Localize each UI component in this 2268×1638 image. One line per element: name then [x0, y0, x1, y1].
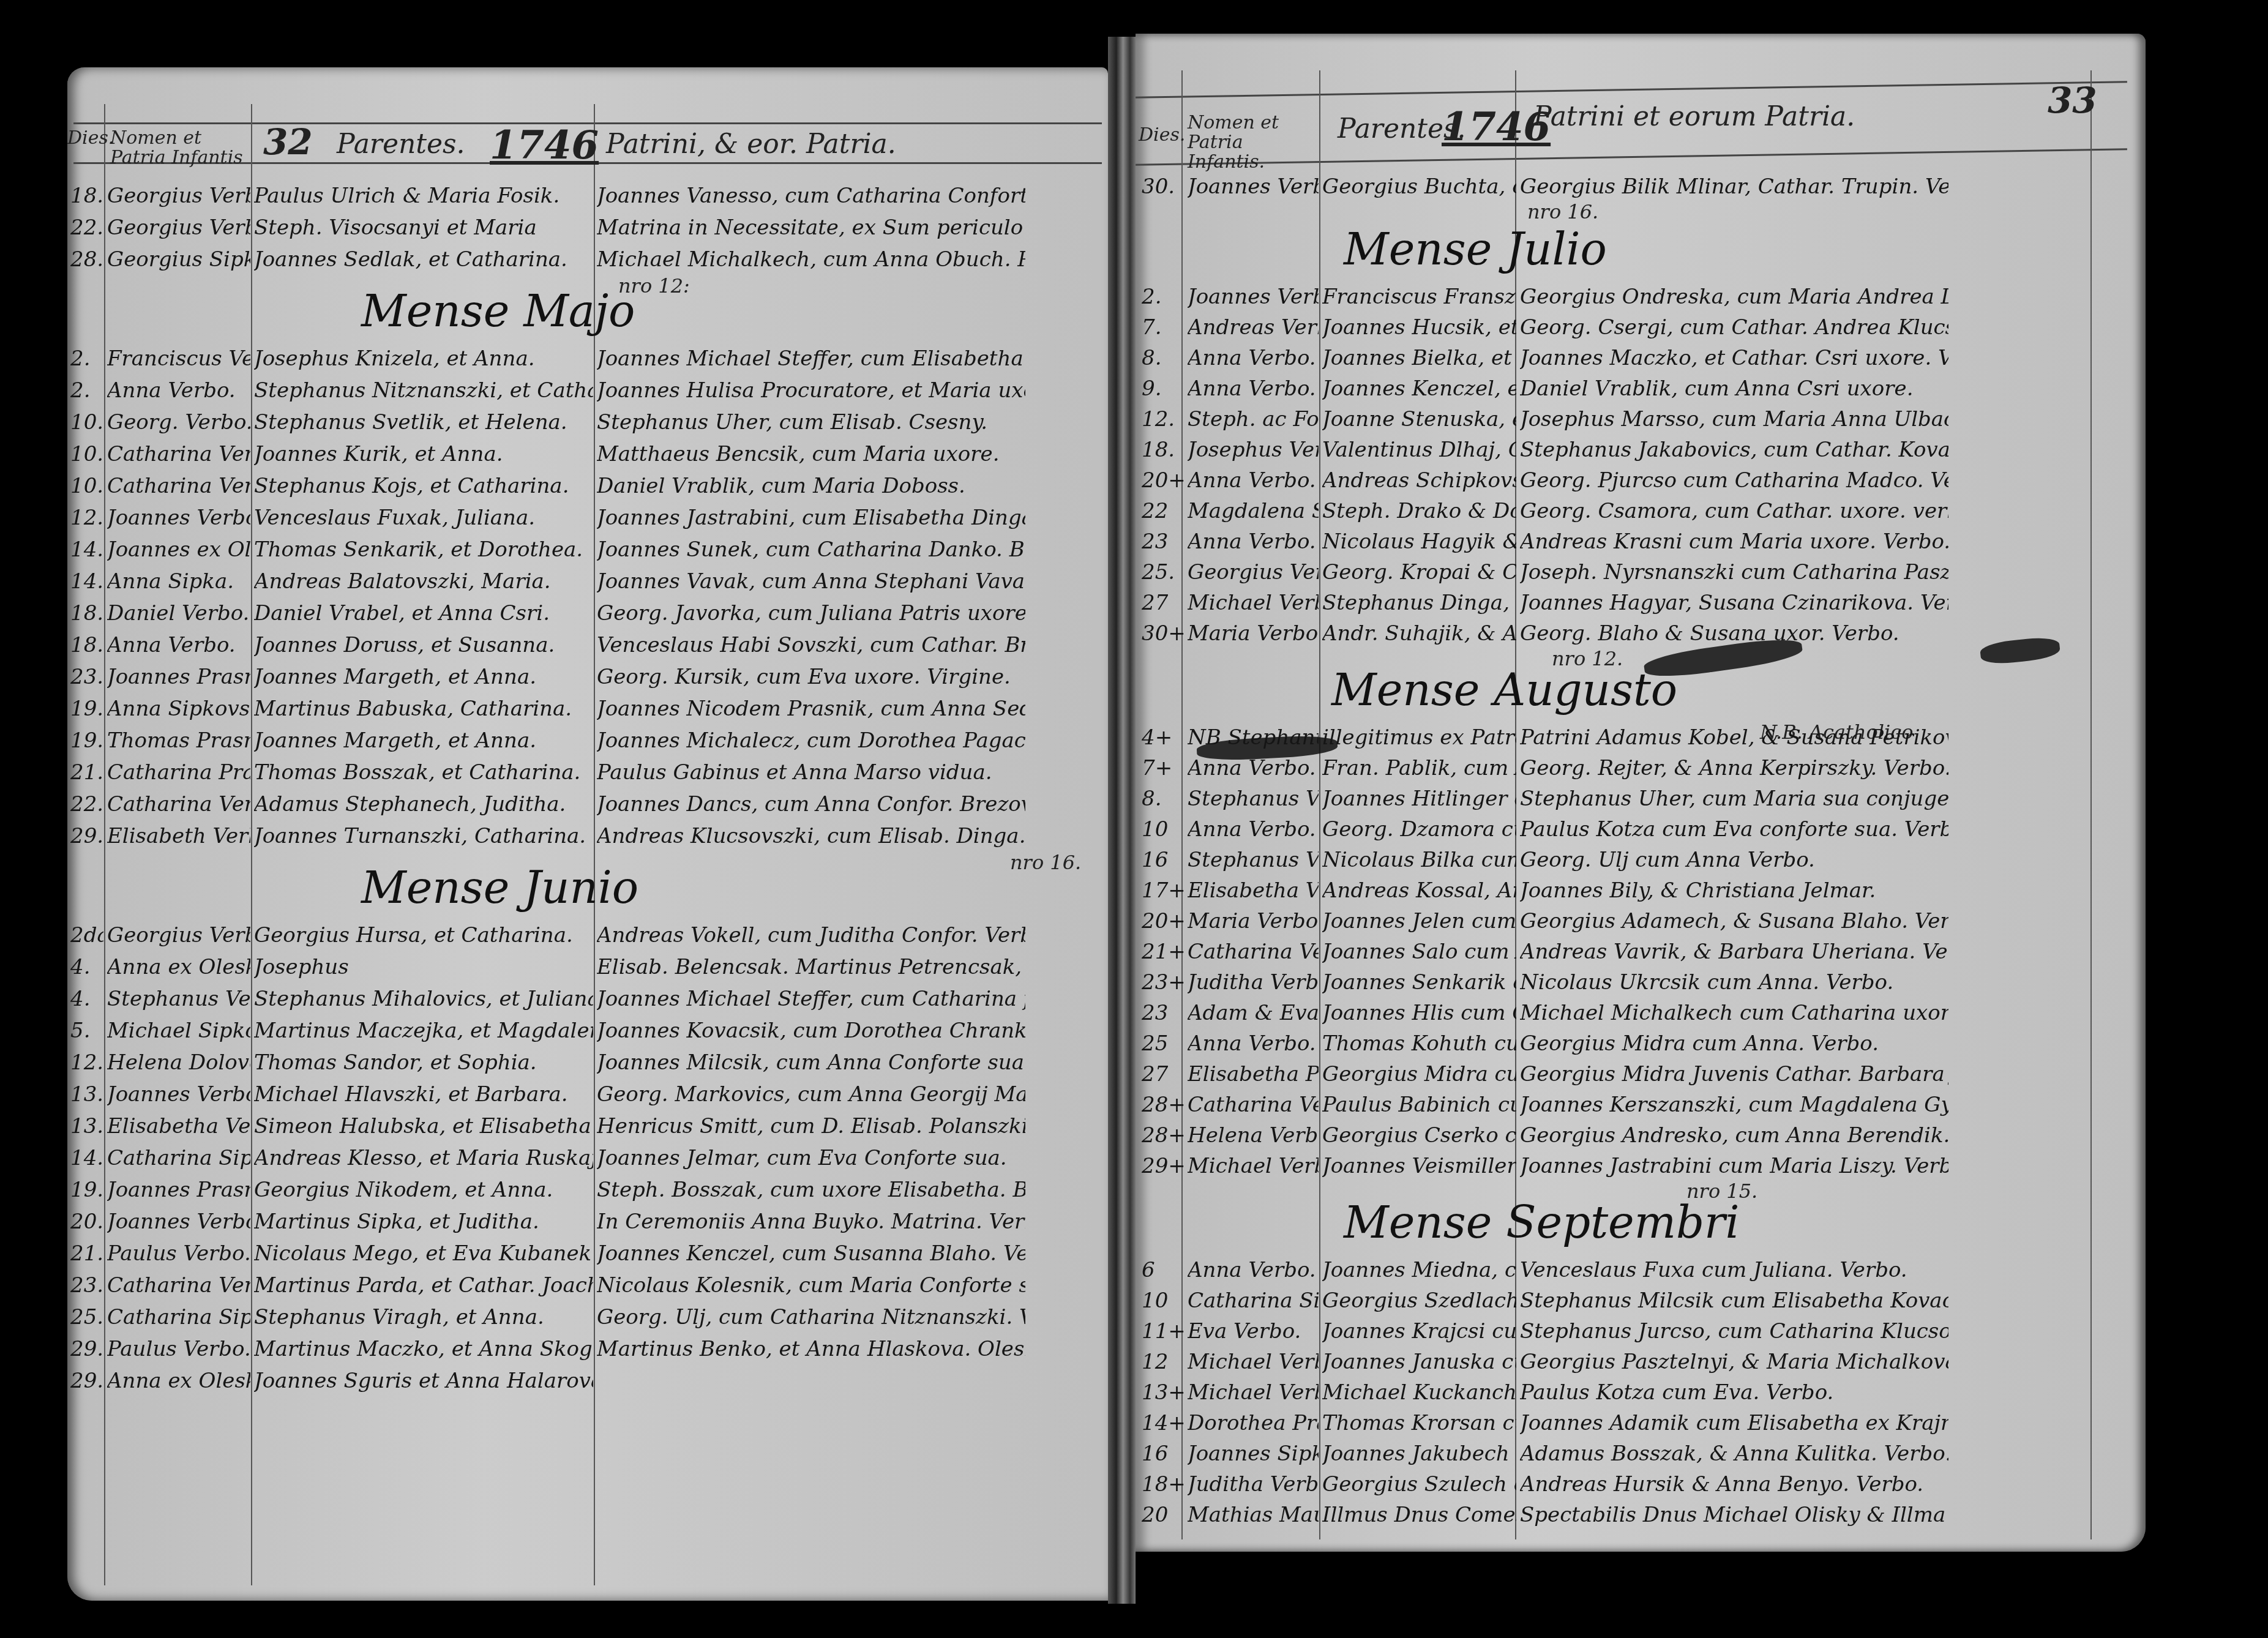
- entry-godparents: Nicolaus Ukrcsik cum Anna. Verbo.: [1520, 970, 1893, 995]
- entry-parents: Joannes Hlis cum Catharina.: [1322, 1001, 1516, 1025]
- entry-parents: Stephanus Nitznanszki, et Cathar.: [254, 378, 593, 403]
- entry-godparents: Georg. Markovics, cum Anna Georgij Maczk…: [597, 1082, 1025, 1107]
- entry-day: 29.: [70, 824, 103, 848]
- entry-godparents: Michael Michalkech, cum Anna Obuch. Pod.: [597, 247, 1025, 272]
- entry-infant: Elisabetha Verbo.: [1188, 878, 1319, 903]
- entry-infant: Joannes Prasnik.: [107, 665, 250, 689]
- entry-parents: Stephanus Svetlik, et Helena.: [254, 410, 567, 435]
- entry-parents: Joannes Sguris et Anna Halarova.: [254, 1369, 593, 1393]
- entry-day: 30.: [1142, 174, 1175, 199]
- entry-parents: Georgius Midra cum Helena.: [1322, 1062, 1516, 1086]
- entry-godparents: Stephanus Uher, cum Maria sua conjuge. V…: [1520, 787, 1948, 811]
- entry-godparents: Joannes Maczko, et Cathar. Csri uxore. V…: [1520, 346, 1948, 370]
- entry-infant: Franciscus Verbo.: [107, 346, 250, 371]
- entry-parents: Fran. Pablik, cum Anna conj.: [1322, 756, 1516, 780]
- entry-day: 12: [1142, 1350, 1168, 1374]
- entry-godparents: Daniel Vrablik, cum Anna Csri uxore.: [1520, 376, 1913, 401]
- entry-day: 23+: [1142, 970, 1184, 995]
- entry-day: 20+: [1142, 468, 1184, 493]
- entry-godparents: Joannes Sunek, cum Catharina Danko. Brez…: [597, 537, 1025, 562]
- entry-infant: Joannes Verbo.: [107, 1082, 250, 1107]
- entry-day: 22: [1142, 499, 1168, 523]
- entry-day: 6: [1142, 1258, 1155, 1282]
- entry-parents: Steph. Visocsanyi et Maria: [254, 215, 537, 240]
- entry-day: 4.: [70, 955, 90, 979]
- entry-parents: Joannes Jakubech cum Maria.: [1322, 1442, 1516, 1466]
- entry-parents: Joannes Doruss, et Susanna.: [254, 633, 555, 657]
- entry-parents: Simeon Halubska, et Elisabetha.: [254, 1114, 593, 1139]
- entry-godparents: Paulus Gabinus et Anna Marso vidua.: [597, 760, 992, 785]
- entry-day: 4+: [1142, 725, 1172, 750]
- entry-infant: Anna Sipka.: [107, 569, 234, 594]
- entry-day: 29.: [70, 1337, 103, 1361]
- entry-infant: Paulus Verbo.: [107, 1337, 250, 1361]
- entry-godparents: Joannes Vanesso, cum Catharina Conforte …: [597, 184, 1025, 208]
- entry-parents: Joannes Krajcsi cum Salomena.: [1322, 1319, 1516, 1344]
- entry-parents: Stephanus Viragh, et Anna.: [254, 1305, 544, 1329]
- entry-parents: Joannes Margeth, et Anna.: [254, 728, 536, 753]
- entry-parents: Adamus Stephanech, Juditha.: [254, 792, 566, 817]
- entry-infant: Anna Verbo.: [1188, 1258, 1316, 1282]
- entry-parents: Joannes Hucsik, et Maria.: [1322, 315, 1516, 340]
- entry-infant: Joannes Verbo.: [1188, 174, 1319, 199]
- entry-day: 13+: [1142, 1380, 1184, 1405]
- entry-godparents: Andreas Vavrik, & Barbara Uheriana. Verb…: [1520, 940, 1948, 964]
- entry-infant: Joannes Verbo.: [107, 1210, 250, 1234]
- entry-day: 21+: [1142, 940, 1184, 964]
- entry-day: 20.: [70, 1210, 103, 1234]
- entry-day: 8.: [1142, 346, 1161, 370]
- entry-infant: Daniel Verbo.: [107, 601, 249, 626]
- entry-godparents: Joseph. Nyrsnanszki cum Catharina Pasztu…: [1520, 560, 1948, 585]
- entry-parents: Joannes Veismiller cum Elisabetha.: [1322, 1154, 1516, 1178]
- entry-godparents: Matthaeus Bencsik, cum Maria uxore.: [597, 442, 999, 466]
- entry-godparents: Daniel Vrablik, cum Maria Doboss.: [597, 474, 965, 498]
- entry-infant: Anna ex Oleska.: [107, 955, 250, 979]
- entry-godparents: Georgius Midra Juvenis Cathar. Barbara J…: [1520, 1062, 1948, 1086]
- month-heading: Mense Majo: [361, 285, 635, 337]
- entry-day: 2.: [70, 346, 90, 371]
- entry-day: 20: [1142, 1503, 1168, 1527]
- entry-count-note: nro 16.: [1010, 851, 1081, 874]
- entry-godparents: Venceslaus Habi Sovszki, cum Cathar. Bre…: [597, 633, 1025, 657]
- entry-day: 14.: [70, 569, 103, 594]
- entry-infant: Georgius Verbo.: [107, 184, 250, 208]
- entry-parents: Thomas Kohuth cum Anna.: [1322, 1031, 1516, 1056]
- entry-parents: Josephus: [254, 955, 349, 979]
- entry-infant: Catharina Sipko.: [1188, 1288, 1319, 1313]
- entry-infant: Anna Verbo.: [1188, 376, 1316, 401]
- entry-godparents: Elisab. Belencsak. Martinus Petrencsak, …: [597, 955, 1025, 979]
- entry-infant: Georgius Verbo.: [1188, 560, 1319, 585]
- entry-godparents: Steph. Bosszak, cum uxore Elisabetha. Br…: [597, 1178, 1025, 1202]
- entry-parents: Martinus Maczko, et Anna Skoges.: [254, 1337, 593, 1361]
- entry-day: 19.: [70, 728, 103, 753]
- entry-infant: Juditha Verbo.: [1188, 1472, 1319, 1497]
- entry-infant: Maria Verbo.: [1188, 621, 1319, 646]
- entry-day: 18.: [70, 601, 103, 626]
- entry-parents: Paulus Ulrich & Maria Fosik.: [254, 184, 560, 208]
- entry-parents: Steph. Drako & Dorothea.: [1322, 499, 1516, 523]
- entry-day: 28+: [1142, 1093, 1184, 1117]
- entry-godparents: Joannes Dancs, cum Anna Confor. Brezov.: [597, 792, 1025, 817]
- entry-day: 10.: [70, 474, 103, 498]
- entry-infant: Catharina Sipkovs.: [107, 1305, 250, 1329]
- entry-day: 23.: [70, 1273, 103, 1298]
- entry-day: 19.: [70, 697, 103, 721]
- entry-infant: Stephanus Verbo.: [1188, 787, 1319, 811]
- entry-infant: Georgius Sipkovs.: [107, 247, 250, 272]
- entry-godparents: Georgius Pasztelnyi, & Maria Michalkova.…: [1520, 1350, 1948, 1374]
- entry-day: 2da: [70, 923, 103, 948]
- entry-godparents: Andreas Krasni cum Maria uxore. Verbo.: [1520, 529, 1948, 554]
- entry-parents: Andreas Schipkovszki, Catharina.: [1322, 468, 1516, 493]
- entry-infant: Michael Verbo.: [1188, 1380, 1319, 1405]
- entry-parents: Michael Kuckanch cum Juditha.: [1322, 1380, 1516, 1405]
- entry-infant: Helena Dolovecz.: [107, 1050, 250, 1075]
- right-page: Dies. Nomen et Patria Infantis. Parentes…: [1136, 34, 2146, 1552]
- entry-infant: Mathias Mauritius Michael Joan. Sipko.: [1188, 1503, 1319, 1527]
- entry-parents: Martinus Sipka, et Juditha.: [254, 1210, 539, 1234]
- entry-parents: Joanne Stenuska, et Cathar.: [1322, 407, 1516, 432]
- entry-day: 12.: [1142, 407, 1175, 432]
- entry-godparents: Adamus Bosszak, & Anna Kulitka. Verbo.: [1520, 1442, 1948, 1466]
- entry-parents: Michael Hlavszki, et Barbara.: [254, 1082, 568, 1107]
- entry-parents: Joannes Sedlak, et Catharina.: [254, 247, 567, 272]
- entry-infant: Anna Verbo.: [107, 633, 236, 657]
- entry-infant: Catharina Verbo.: [107, 474, 250, 498]
- register-entries-left: 18.Georgius Verbo.Paulus Ulrich & Maria …: [67, 67, 1108, 1598]
- entry-godparents: Joannes Jastrabini, cum Elisabetha Dinga…: [597, 506, 1025, 530]
- entry-infant: Michael Verbo.: [1188, 1350, 1319, 1374]
- entry-infant: Josephus Verbo.: [1188, 438, 1319, 462]
- entry-parents: Stephanus Mihalovics, et Juliana.: [254, 987, 593, 1011]
- entry-day: 17+: [1142, 878, 1184, 903]
- entry-day: 21.: [70, 760, 103, 785]
- entry-godparents: Joannes Michalecz, cum Dorothea Pagacs.: [597, 728, 1025, 753]
- entry-godparents: Joannes Kovacsik, cum Dorothea Chrankove…: [597, 1019, 1025, 1043]
- entry-day: 18+: [1142, 1472, 1184, 1497]
- entry-infant: Steph. ac Foelix Verbo.: [1188, 407, 1319, 432]
- entry-godparents: Joannes Kerszanszki, cum Magdalena Gyurc…: [1520, 1093, 1948, 1117]
- entry-godparents: Georg. Javorka, cum Juliana Patris uxore…: [597, 601, 1025, 626]
- entry-parents: Georg. Dzamora cum Cathar.: [1322, 817, 1516, 842]
- entry-day: 22.: [70, 792, 103, 817]
- entry-godparents: Georg. Ulj cum Anna Verbo.: [1520, 848, 1815, 872]
- entry-infant: Eva Verbo.: [1188, 1319, 1301, 1344]
- entry-day: 9.: [1142, 376, 1161, 401]
- entry-godparents: Josephus Marsso, cum Maria Anna Ulbach.: [1520, 407, 1948, 432]
- entry-infant: Catharina Verbo.: [107, 792, 250, 817]
- entry-day: 25.: [70, 1305, 103, 1329]
- entry-godparents: Andreas Vokell, cum Juditha Confor. Verb…: [597, 923, 1025, 948]
- entry-day: 18.: [70, 633, 103, 657]
- entry-infant: Helena Verbo.: [1188, 1123, 1319, 1148]
- entry-godparents: Michael Michalkech cum Catharina uxore. …: [1520, 1001, 1948, 1025]
- entry-godparents: Paulus Kotza cum Eva conforte sua. Verbo…: [1520, 817, 1948, 842]
- entry-parents: Stephanus Kojs, et Catharina.: [254, 474, 569, 498]
- entry-infant: Joannes Verbo.: [1188, 285, 1319, 309]
- entry-parents: Paulus Babinich cum Catharina.: [1322, 1093, 1516, 1117]
- entry-godparents: Georg. Blaho & Susana uxor. Verbo.: [1520, 621, 1899, 646]
- entry-godparents: Joannes Hulisa Procuratore, et Maria uxo…: [597, 378, 1025, 403]
- entry-infant: Michael Sipkov.: [107, 1019, 250, 1043]
- entry-day: 14.: [70, 537, 103, 562]
- entry-parents: Andreas Klesso, et Maria Ruskaj.: [254, 1146, 593, 1170]
- entry-parents: Andreas Balatovszki, Maria.: [254, 569, 551, 594]
- entry-godparents: Joannes Jastrabini cum Maria Liszy. Verb…: [1520, 1154, 1948, 1178]
- entry-parents: Thomas Krorsan cum Cathar.: [1322, 1411, 1516, 1435]
- entry-day: 8.: [1142, 787, 1161, 811]
- entry-infant: Elisabetha Verbo.: [107, 1114, 250, 1139]
- entry-parents: Joannes Hitlinger cum Maria.: [1322, 787, 1516, 811]
- entry-parents: Joannes Senkarik cum Catharina.: [1322, 970, 1516, 995]
- entry-infant: Anna Verbo.: [107, 378, 236, 403]
- entry-infant: Adam & Eva Gemelli Sipko.: [1188, 1001, 1319, 1025]
- entry-infant: Catharina Pras.: [107, 760, 250, 785]
- entry-parents: Thomas Senkarik, et Dorothea.: [254, 537, 583, 562]
- entry-day: 2.: [1142, 285, 1161, 309]
- month-heading: Mense Augusto: [1331, 664, 1677, 716]
- entry-parents: Daniel Vrabel, et Anna Csri.: [254, 601, 550, 626]
- entry-parents: Joannes Margeth, et Anna.: [254, 665, 536, 689]
- entry-infant: Dorothea Prasnik.: [1188, 1411, 1319, 1435]
- entry-infant: Maria Verbo.: [1188, 909, 1319, 933]
- entry-infant: Anna Verbo.: [1188, 468, 1316, 493]
- entry-day: 29+: [1142, 1154, 1184, 1178]
- left-page: Dies. Nomen et Patria Infantis 32 Parent…: [67, 67, 1108, 1601]
- entry-godparents: Joannes Milcsik, cum Anna Conforte sua. …: [597, 1050, 1025, 1075]
- entry-infant: Catharina Verbo.: [1188, 1093, 1319, 1117]
- entry-day: 23: [1142, 529, 1168, 554]
- entry-day: 16: [1142, 1442, 1168, 1466]
- entry-godparents: Georgius Adamech, & Susana Blaho. Verbo.: [1520, 909, 1948, 933]
- entry-day: 2.: [70, 378, 90, 403]
- entry-day: 12.: [70, 506, 103, 530]
- entry-godparents: Joannes Bily, & Christiana Jelmar.: [1520, 878, 1876, 903]
- entry-infant: Anna Verbo.: [1188, 346, 1316, 370]
- entry-parents: Nicolaus Bilka cum Maria.: [1322, 848, 1516, 872]
- entry-godparents: Stephanus Milcsik cum Elisabetha Kovacsi…: [1520, 1288, 1948, 1313]
- entry-godparents: Georgius Midra cum Anna. Verbo.: [1520, 1031, 1879, 1056]
- entry-parents: Joannes Kurik, et Anna.: [254, 442, 503, 466]
- month-heading: Mense Junio: [361, 862, 638, 913]
- entry-godparents: Martinus Benko, et Anna Hlaskova. Oleska…: [597, 1337, 1025, 1361]
- entry-infant: Joannes ex Oleska.: [107, 537, 250, 562]
- entry-parents: Georgius Hursa, et Catharina.: [254, 923, 573, 948]
- entry-parents: Joannes Bielka, et Cathar.: [1322, 346, 1516, 370]
- entry-godparents: Nicolaus Kolesnik, cum Maria Conforte su…: [597, 1273, 1025, 1298]
- entry-parents: Georgius Buchta, cum Cathar. Conforte.: [1322, 174, 1516, 199]
- entry-day: 27: [1142, 591, 1168, 615]
- entry-parents: Joannes Salo cum Anna.: [1322, 940, 1516, 964]
- entry-infant: Elisabeth Verbo.: [107, 824, 250, 848]
- entry-infant: Anna Verbo.: [1188, 817, 1316, 842]
- entry-day: 23: [1142, 1001, 1168, 1025]
- entry-godparents: Joannes Hagyar, Susana Czinarikova. Verb…: [1520, 591, 1948, 615]
- entry-day: 28+: [1142, 1123, 1184, 1148]
- entry-parents: Franciscus Franszki, et Anna.: [1322, 285, 1516, 309]
- entry-parents: Valentinus Dlhaj, Christina.: [1322, 438, 1516, 462]
- entry-infant: Anna Verbo.: [1188, 1031, 1316, 1056]
- entry-godparents: Matrina in Necessitate, ex Sum periculo …: [597, 215, 1025, 240]
- entry-godparents: Paulus Kotza cum Eva. Verbo.: [1520, 1380, 1833, 1405]
- entry-parents: Nicolaus Mego, et Eva Kubanek.: [254, 1241, 593, 1266]
- entry-day: 21.: [70, 1241, 103, 1266]
- entry-infant: Michael Verbo.: [1188, 591, 1319, 615]
- entry-parents: Georg. Kropai & Catharina.: [1322, 560, 1516, 585]
- entry-godparents: Georg. Rejter, & Anna Kerpirszky. Verbo.: [1520, 756, 1948, 780]
- entry-godparents: Georgius Ondreska, cum Maria Andrea Dobo…: [1520, 285, 1948, 309]
- entry-day: 18.: [1142, 438, 1175, 462]
- entry-infant: Catharina Verbo.: [107, 442, 250, 466]
- entry-parents: Joannes Kenczel, et Anna.: [1322, 376, 1516, 401]
- entry-parents: Martinus Babuska, Catharina.: [254, 697, 572, 721]
- entry-parents: Georgius Szulech cum Anna.: [1322, 1472, 1516, 1497]
- entry-day: 25: [1142, 1031, 1168, 1056]
- entry-godparents: Stephanus Jakabovics, cum Cathar. Kovacs…: [1520, 438, 1948, 462]
- entry-godparents: Joannes Kenczel, cum Susanna Blaho. Verb…: [597, 1241, 1025, 1266]
- entry-infant: Thomas Prasnik.: [107, 728, 250, 753]
- entry-day: 28.: [70, 247, 103, 272]
- entry-infant: Magdalena Schipki.: [1188, 499, 1319, 523]
- month-heading: Mense Julio: [1344, 223, 1607, 275]
- entry-day: 12.: [70, 1050, 103, 1075]
- entry-godparents: Stephanus Uher, cum Elisab. Csesny.: [597, 410, 987, 435]
- entry-godparents: Spectabilis Dnus Michael Olisky & Illma …: [1520, 1503, 1948, 1527]
- entry-day: 25.: [1142, 560, 1175, 585]
- entry-infant: Catharina Verbo.: [107, 1273, 250, 1298]
- entry-day: 7.: [1142, 315, 1161, 340]
- entry-day: 13.: [70, 1082, 103, 1107]
- entry-day: 20+: [1142, 909, 1184, 933]
- entry-day: 13.: [70, 1114, 103, 1139]
- entry-infant: Paulus Verbo.: [107, 1241, 250, 1266]
- entry-godparents: Joannes Vavak, cum Anna Stephani Vavak u…: [597, 569, 1025, 594]
- entry-day: 5.: [70, 1019, 90, 1043]
- entry-godparents: Stephanus Jurcso, cum Catharina Klucsovs…: [1520, 1319, 1948, 1344]
- entry-day: 23.: [70, 665, 103, 689]
- entry-infant: Anna Sipkovs.: [107, 697, 250, 721]
- entry-day: 14+: [1142, 1411, 1184, 1435]
- entry-parents: Illmus Dnus Comes Samuel Bergovszky & Ro…: [1322, 1503, 1516, 1527]
- entry-parents: Stephanus Dinga, & Elisabeth.: [1322, 591, 1516, 615]
- entry-infant: Joannes Verbo.: [107, 506, 250, 530]
- entry-infant: Joannes Sipko.: [1188, 1442, 1319, 1466]
- entry-godparents: Georg. Ulj, cum Catharina Nitznanszki. V…: [597, 1305, 1025, 1329]
- entry-parents: illegitimus ex Patre hospite Mattej Kusi…: [1322, 725, 1516, 750]
- month-heading: Mense Septembri: [1344, 1197, 1740, 1248]
- entry-day: 14.: [70, 1146, 103, 1170]
- entry-day: 27: [1142, 1062, 1168, 1086]
- entry-infant: Andreas Verbo.: [1188, 315, 1319, 340]
- entry-godparents: Georg. Pjurcso cum Catharina Madco. Verb…: [1520, 468, 1948, 493]
- entry-day: 4.: [70, 987, 90, 1011]
- entry-day: 7+: [1142, 756, 1172, 780]
- entry-godparents: Georgius Bilik Mlinar, Cathar. Trupin. V…: [1520, 174, 1948, 199]
- entry-parents: Joannes Miedna, cum Juditha.: [1322, 1258, 1516, 1282]
- entry-infant: Stephanus Verbo.: [1188, 848, 1319, 872]
- entry-day: 11+: [1142, 1319, 1184, 1344]
- entry-parents: Thomas Sandor, et Sophia.: [254, 1050, 537, 1075]
- entry-parents: Joannes Jelen cum Catharina.: [1322, 909, 1516, 933]
- entry-godparents: Georg. Csamora, cum Cathar. uxore. verbo…: [1520, 499, 1948, 523]
- entry-godparents: Andreas Hursik & Anna Benyo. Verbo.: [1520, 1472, 1923, 1497]
- entry-day: 16: [1142, 848, 1168, 872]
- entry-godparents: Joannes Michael Steffer, cum Catharina f…: [597, 987, 1025, 1011]
- entry-parents: Andreas Kossal, Anna Lissi conj.: [1322, 878, 1516, 903]
- entry-godparents: Joannes Nicodem Prasnik, cum Anna Sedlak…: [597, 697, 1025, 721]
- entry-infant: Georgius Verbo.: [107, 215, 250, 240]
- entry-day: 10.: [70, 442, 103, 466]
- entry-parents: Georgius Nikodem, et Anna.: [254, 1178, 553, 1202]
- entry-parents: Nicolaus Hagyik & Catharina.: [1322, 529, 1516, 554]
- entry-godparents: Henricus Smitt, cum D. Elisab. Polanszki…: [597, 1114, 1025, 1139]
- entry-parents: Thomas Bosszak, et Catharina.: [254, 760, 580, 785]
- entry-godparents: Patrini Adamus Kobel, & Susana Petrikova…: [1520, 725, 1948, 750]
- entry-day: 10: [1142, 1288, 1168, 1313]
- entry-infant: Georg. Verbo.: [107, 410, 250, 435]
- entry-day: 10.: [70, 410, 103, 435]
- entry-infant: Georgius Verbo.: [107, 923, 250, 948]
- entry-day: 29.: [70, 1369, 103, 1393]
- entry-day: 10: [1142, 817, 1168, 842]
- entry-day: 22.: [70, 215, 103, 240]
- register-entries-right: 30.Joannes Verbo.Georgius Buchta, cum Ca…: [1136, 34, 2146, 1552]
- entry-day: 19.: [70, 1178, 103, 1202]
- entry-godparents: Georg. Csergi, cum Cathar. Andrea Klucso…: [1520, 315, 1948, 340]
- entry-infant: Catharina Verbo.: [1188, 940, 1319, 964]
- entry-godparents: Venceslaus Fuxa cum Juliana. Verbo.: [1520, 1258, 1907, 1282]
- book-gutter: [1108, 37, 1136, 1604]
- entry-parents: Georgius Cserko cum Catharina.: [1322, 1123, 1516, 1148]
- entry-infant: Catharina Sipkovs.: [107, 1146, 250, 1170]
- entry-godparents: Joannes Michael Steffer, cum Elisabetha …: [597, 346, 1025, 371]
- entry-infant: Joannes Prasnik.: [107, 1178, 250, 1202]
- entry-day: 18.: [70, 184, 103, 208]
- entry-infant: Anna ex Oleska.: [107, 1369, 250, 1393]
- entry-godparents: In Ceremoniis Anna Buyko. Matrina. Verb.…: [597, 1210, 1025, 1234]
- entry-parents: Joannes Turnanszki, Catharina.: [254, 824, 586, 848]
- entry-godparents: Joannes Adamik cum Elisabetha ex Krajna.: [1520, 1411, 1948, 1435]
- entry-godparents: Georg. Kursik, cum Eva uxore. Virgine.: [597, 665, 1011, 689]
- entry-godparents: Andreas Klucsovszki, cum Elisab. Dinga.: [597, 824, 1025, 848]
- entry-infant: Michael Verbo.: [1188, 1154, 1319, 1178]
- entry-count-note: nro 16.: [1527, 200, 1598, 223]
- entry-godparents: Joannes Jelmar, cum Eva Conforte sua.: [597, 1146, 1007, 1170]
- entry-infant: Elisabetha Prasnik.: [1188, 1062, 1319, 1086]
- entry-infant: Stephanus Verbo.: [107, 987, 250, 1011]
- entry-day: 30+: [1142, 621, 1184, 646]
- entry-parents: Venceslaus Fuxak, Juliana.: [254, 506, 535, 530]
- entry-parents: Martinus Maczejka, et Magdalena.: [254, 1019, 593, 1043]
- entry-parents: Joannes Januska cum Catharina.: [1322, 1350, 1516, 1374]
- entry-infant: Anna Verbo.: [1188, 529, 1316, 554]
- entry-parents: Andr. Suhajik, & Anna.: [1322, 621, 1516, 646]
- entry-godparents: Georgius Andresko, cum Anna Berendik.: [1520, 1123, 1948, 1148]
- entry-infant: Anna Verbo.: [1188, 756, 1316, 780]
- entry-parents: Josephus Knizela, et Anna.: [254, 346, 534, 371]
- entry-infant: NB Stephanus: [1188, 725, 1319, 750]
- entry-infant: Juditha Verbo.: [1188, 970, 1319, 995]
- entry-parents: Martinus Parda, et Cathar. Joachim.: [254, 1273, 593, 1298]
- entry-parents: Georgius Szedlach cum Juditha.: [1322, 1288, 1516, 1313]
